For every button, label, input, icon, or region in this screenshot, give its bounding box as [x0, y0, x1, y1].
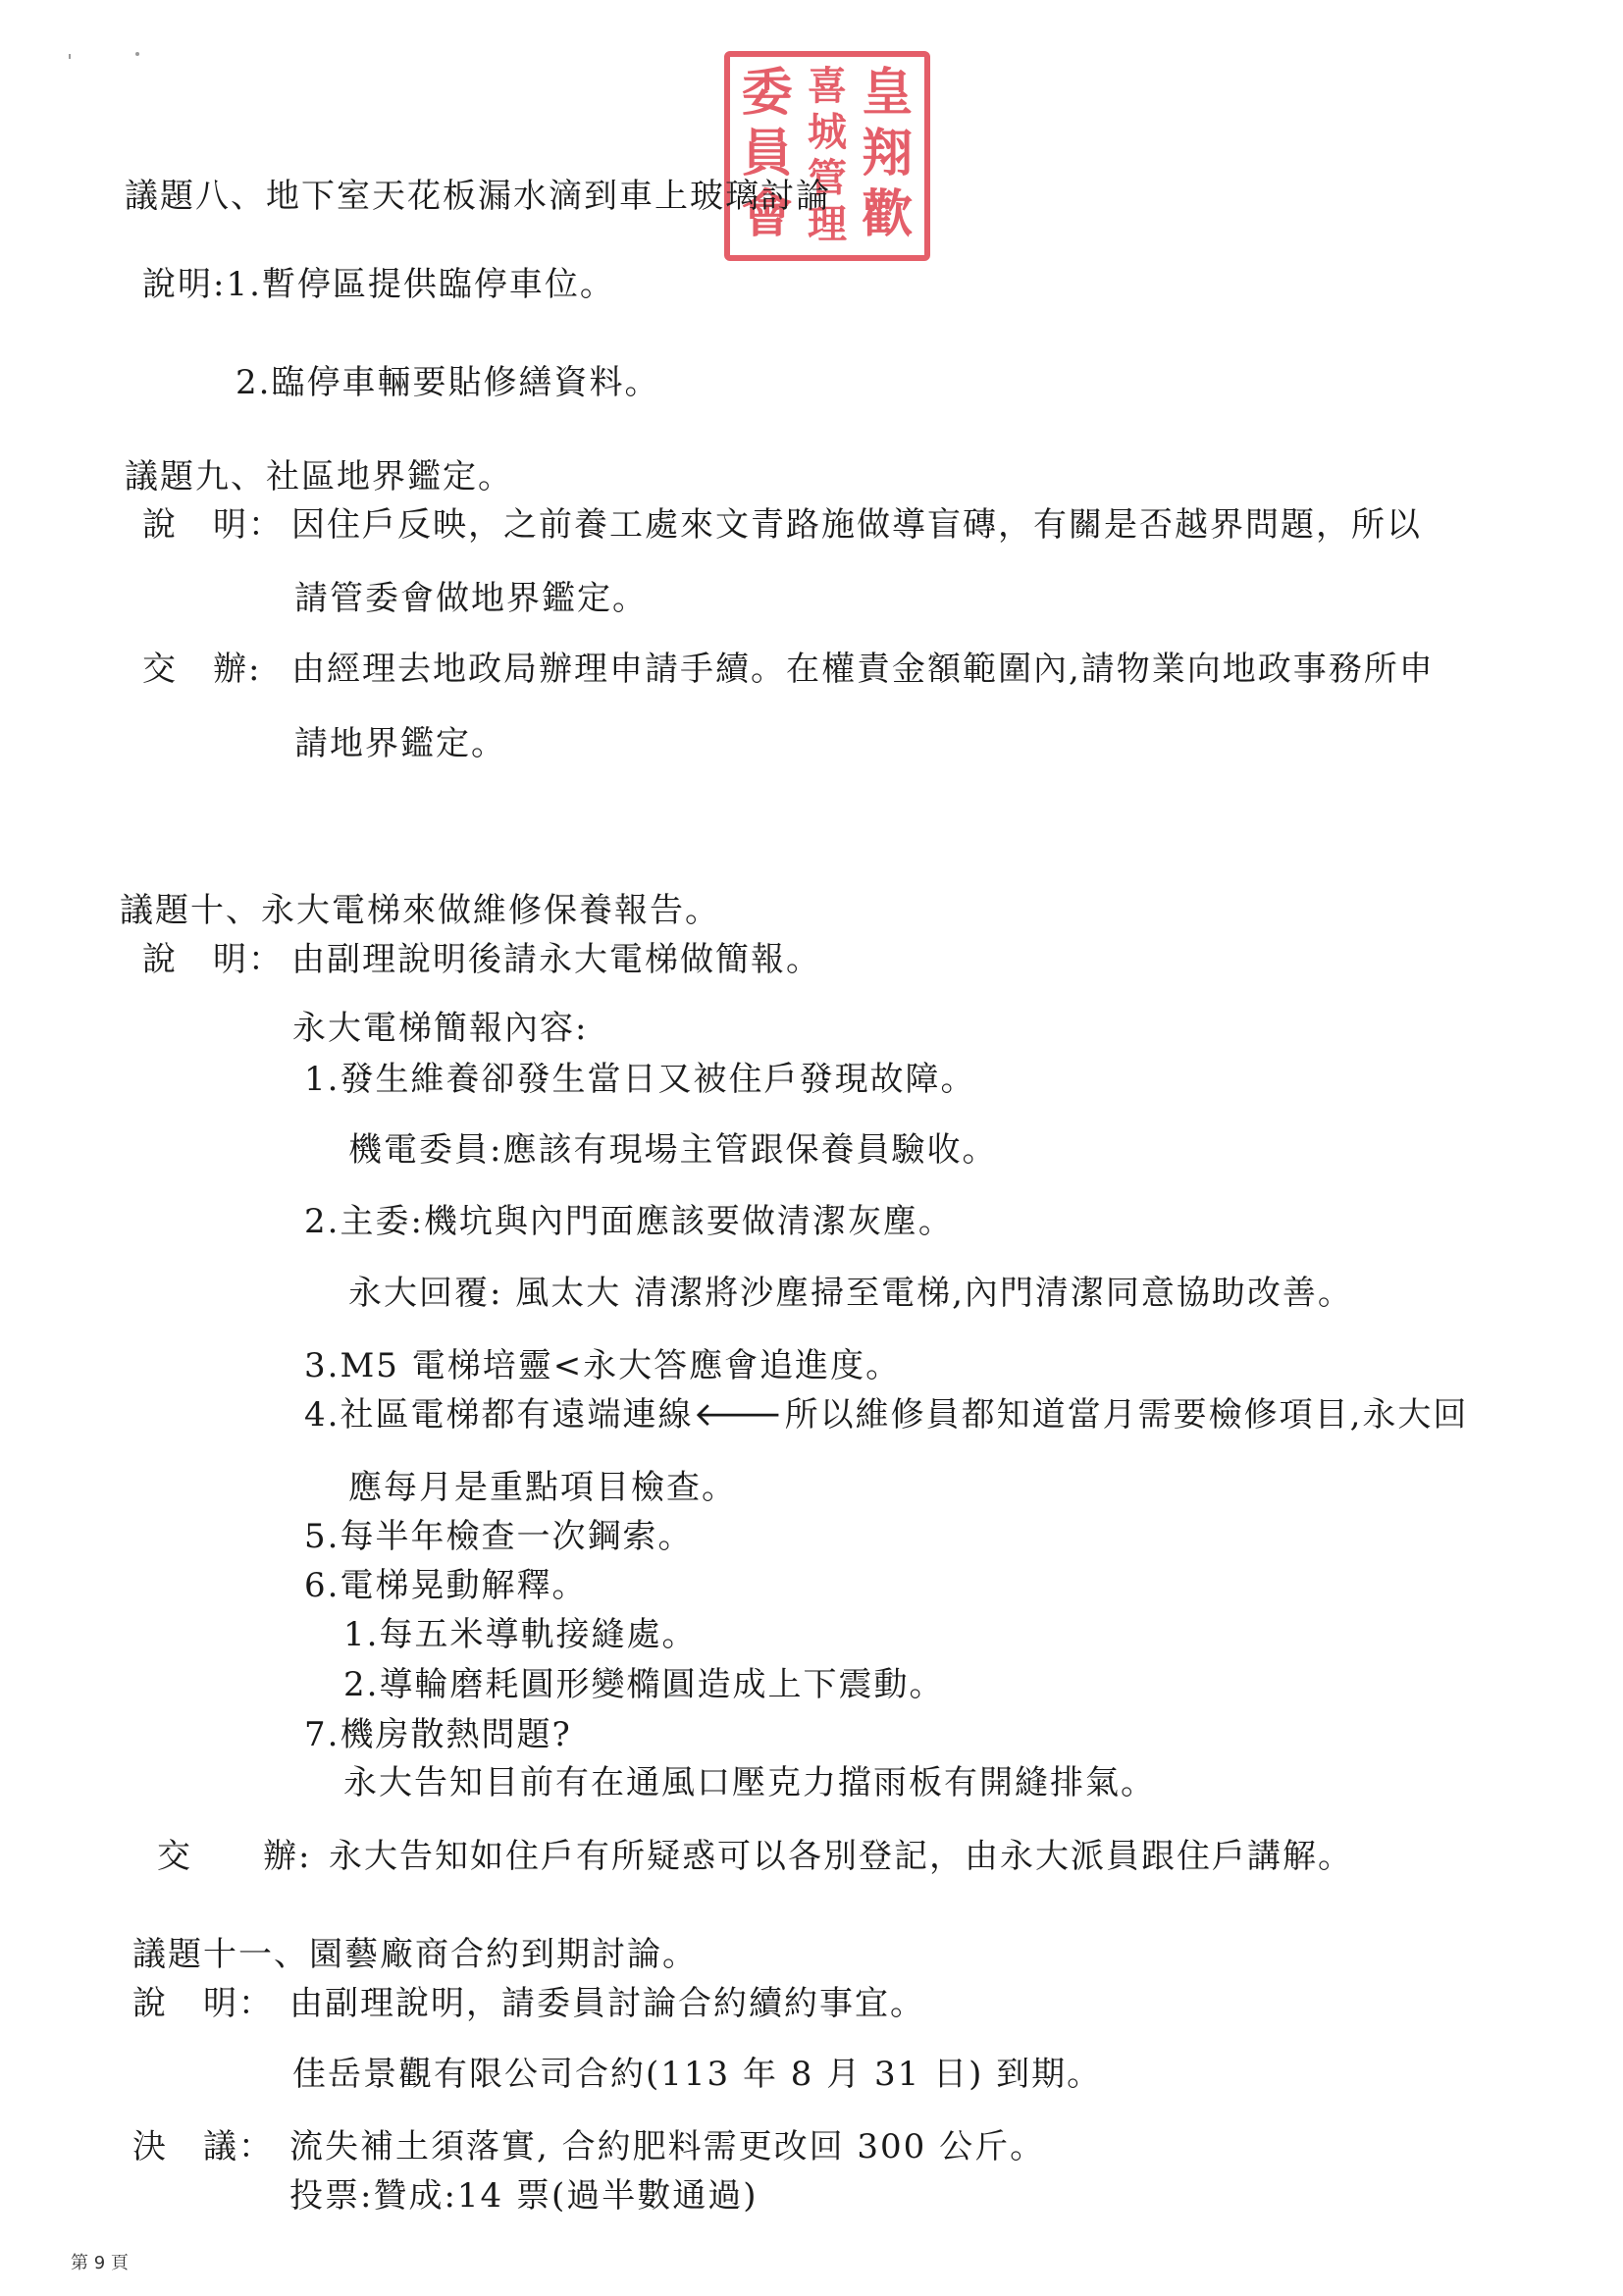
agenda-item-9-action-2: 請地界鑑定。: [294, 724, 506, 763]
explanation-label: 說明:: [142, 265, 226, 304]
briefing-line: 7.機房散熱問題?: [304, 1715, 572, 1754]
briefing-line: 5.每半年檢查一次鋼索。: [304, 1517, 693, 1556]
agenda-item-9-explanation-1: 說 明：因住戶反映，之前養工處來文青路施做導盲磚，有關是否越界問題，所以: [142, 505, 1422, 545]
seal-char: 城: [808, 109, 847, 155]
agenda-item-10-explanation-1: 說 明：由副理說明後請永大電梯做簡報。: [142, 940, 821, 979]
explanation-label: 說 明：: [142, 505, 291, 545]
agenda-item-9-explanation-2: 請管委會做地界鑑定。: [294, 579, 648, 618]
briefing-line: 4.社區電梯都有遠端連線🡐所以維修員都知道當月需要檢修項目,永大回: [304, 1395, 1468, 1435]
resolution-label: 決 議：: [132, 2127, 289, 2166]
briefing-line: 機電委員:應該有現場主管跟保養員驗收。: [348, 1130, 997, 1170]
action-text: 永大告知如住戶有所疑惑可以各別登記，由永大派員跟住戶講解。: [329, 1837, 1353, 1876]
action-text: 由經理去地政局辦理申請手續。在權責金額範圍內,請物業向地政事務所申: [291, 650, 1435, 689]
agenda-item-11-title: 議題十一、園藝廠商合約到期討論。: [132, 1935, 698, 1974]
seal-char: 皇: [862, 63, 913, 124]
agenda-item-10-action: 交 辦:永大告知如住戶有所疑惑可以各別登記，由永大派員跟住戶講解。: [157, 1837, 1353, 1876]
seal-char: 歡: [862, 184, 913, 245]
explanation-text: 由副理說明後請永大電梯做簡報。: [291, 940, 821, 979]
agenda-item-8-title: 議題八、地下室天花板漏水滴到車上玻璃討論: [125, 177, 831, 216]
briefing-line: 1.發生維養卻發生當日又被住戶發現故障。: [304, 1060, 975, 1099]
agenda-item-11-resolution-2: 投票:贊成:14 票(過半數通過): [289, 2176, 759, 2216]
seal-column: 委 員 會: [742, 63, 793, 249]
explanation-text: 由副理說明，請委員討論合約續約事宜。: [289, 1984, 925, 2023]
explanation-text: 1.暫停區提供臨停車位。: [226, 265, 614, 304]
action-label: 交 辦:: [142, 650, 291, 689]
committee-seal-stamp: 委 員 會 喜 城 管 理 皇 翔 歡: [724, 51, 930, 261]
seal-column: 皇 翔 歡: [862, 63, 913, 249]
explanation-label: 說 明：: [132, 1984, 289, 2023]
briefing-line: 2.導輪磨耗圓形變橢圓造成上下震動。: [343, 1665, 944, 1704]
briefing-title: 永大電梯簡報內容:: [292, 1009, 588, 1048]
agenda-item-9-title: 議題九、社區地界鑑定。: [125, 457, 513, 496]
agenda-item-11-resolution-1: 決 議：流失補土須落實, 合約肥料需更改回 300 公斤。: [132, 2127, 1045, 2166]
agenda-item-8-explanation-1: 說明:1.暫停區提供臨停車位。: [142, 265, 615, 304]
agenda-item-8-explanation-2: 2.臨停車輛要貼修繕資料。: [236, 363, 659, 402]
briefing-line: 應每月是重點項目檢查。: [348, 1468, 737, 1507]
briefing-line: 6.電梯晃動解釋。: [304, 1566, 587, 1605]
seal-char: 翔: [862, 124, 913, 184]
briefing-line: 2.主委:機坑與內門面應該要做清潔灰塵。: [304, 1202, 954, 1241]
explanation-label: 說 明：: [142, 940, 291, 979]
briefing-line: 1.每五米導軌接縫處。: [343, 1615, 697, 1654]
briefing-line: 永大回覆: 風太大 清潔將沙塵掃至電梯,內門清潔同意協助改善。: [348, 1274, 1353, 1313]
agenda-item-11-explanation-1: 說 明：由副理說明，請委員討論合約續約事宜。: [132, 1984, 925, 2023]
seal-char: 委: [742, 63, 793, 124]
seal-char: 員: [742, 124, 793, 184]
seal-column: 喜 城 管 理: [808, 63, 847, 249]
resolution-text: 流失補土須落實, 合約肥料需更改回 300 公斤。: [289, 2127, 1045, 2166]
scan-speck: [135, 52, 139, 56]
agenda-item-10-title: 議題十、永大電梯來做維修保養報告。: [120, 891, 720, 930]
action-label: 交 辦:: [157, 1837, 329, 1876]
explanation-text: 因住戶反映，之前養工處來文青路施做導盲磚，有關是否越界問題，所以: [291, 505, 1422, 545]
scan-speck: [69, 54, 71, 59]
seal-char: 喜: [808, 63, 847, 109]
briefing-line: 3.M5 電梯培靈<永大答應會追進度。: [304, 1346, 901, 1385]
agenda-item-11-explanation-2: 佳岳景觀有限公司合約(113 年 8 月 31 日) 到期。: [292, 2055, 1102, 2094]
briefing-line: 永大告知目前有在通風口壓克力擋雨板有開縫排氣。: [343, 1763, 1156, 1802]
page-number: 第 9 頁: [71, 2249, 129, 2274]
agenda-item-9-action-1: 交 辦:由經理去地政局辦理申請手續。在權責金額範圍內,請物業向地政事務所申: [142, 650, 1435, 689]
